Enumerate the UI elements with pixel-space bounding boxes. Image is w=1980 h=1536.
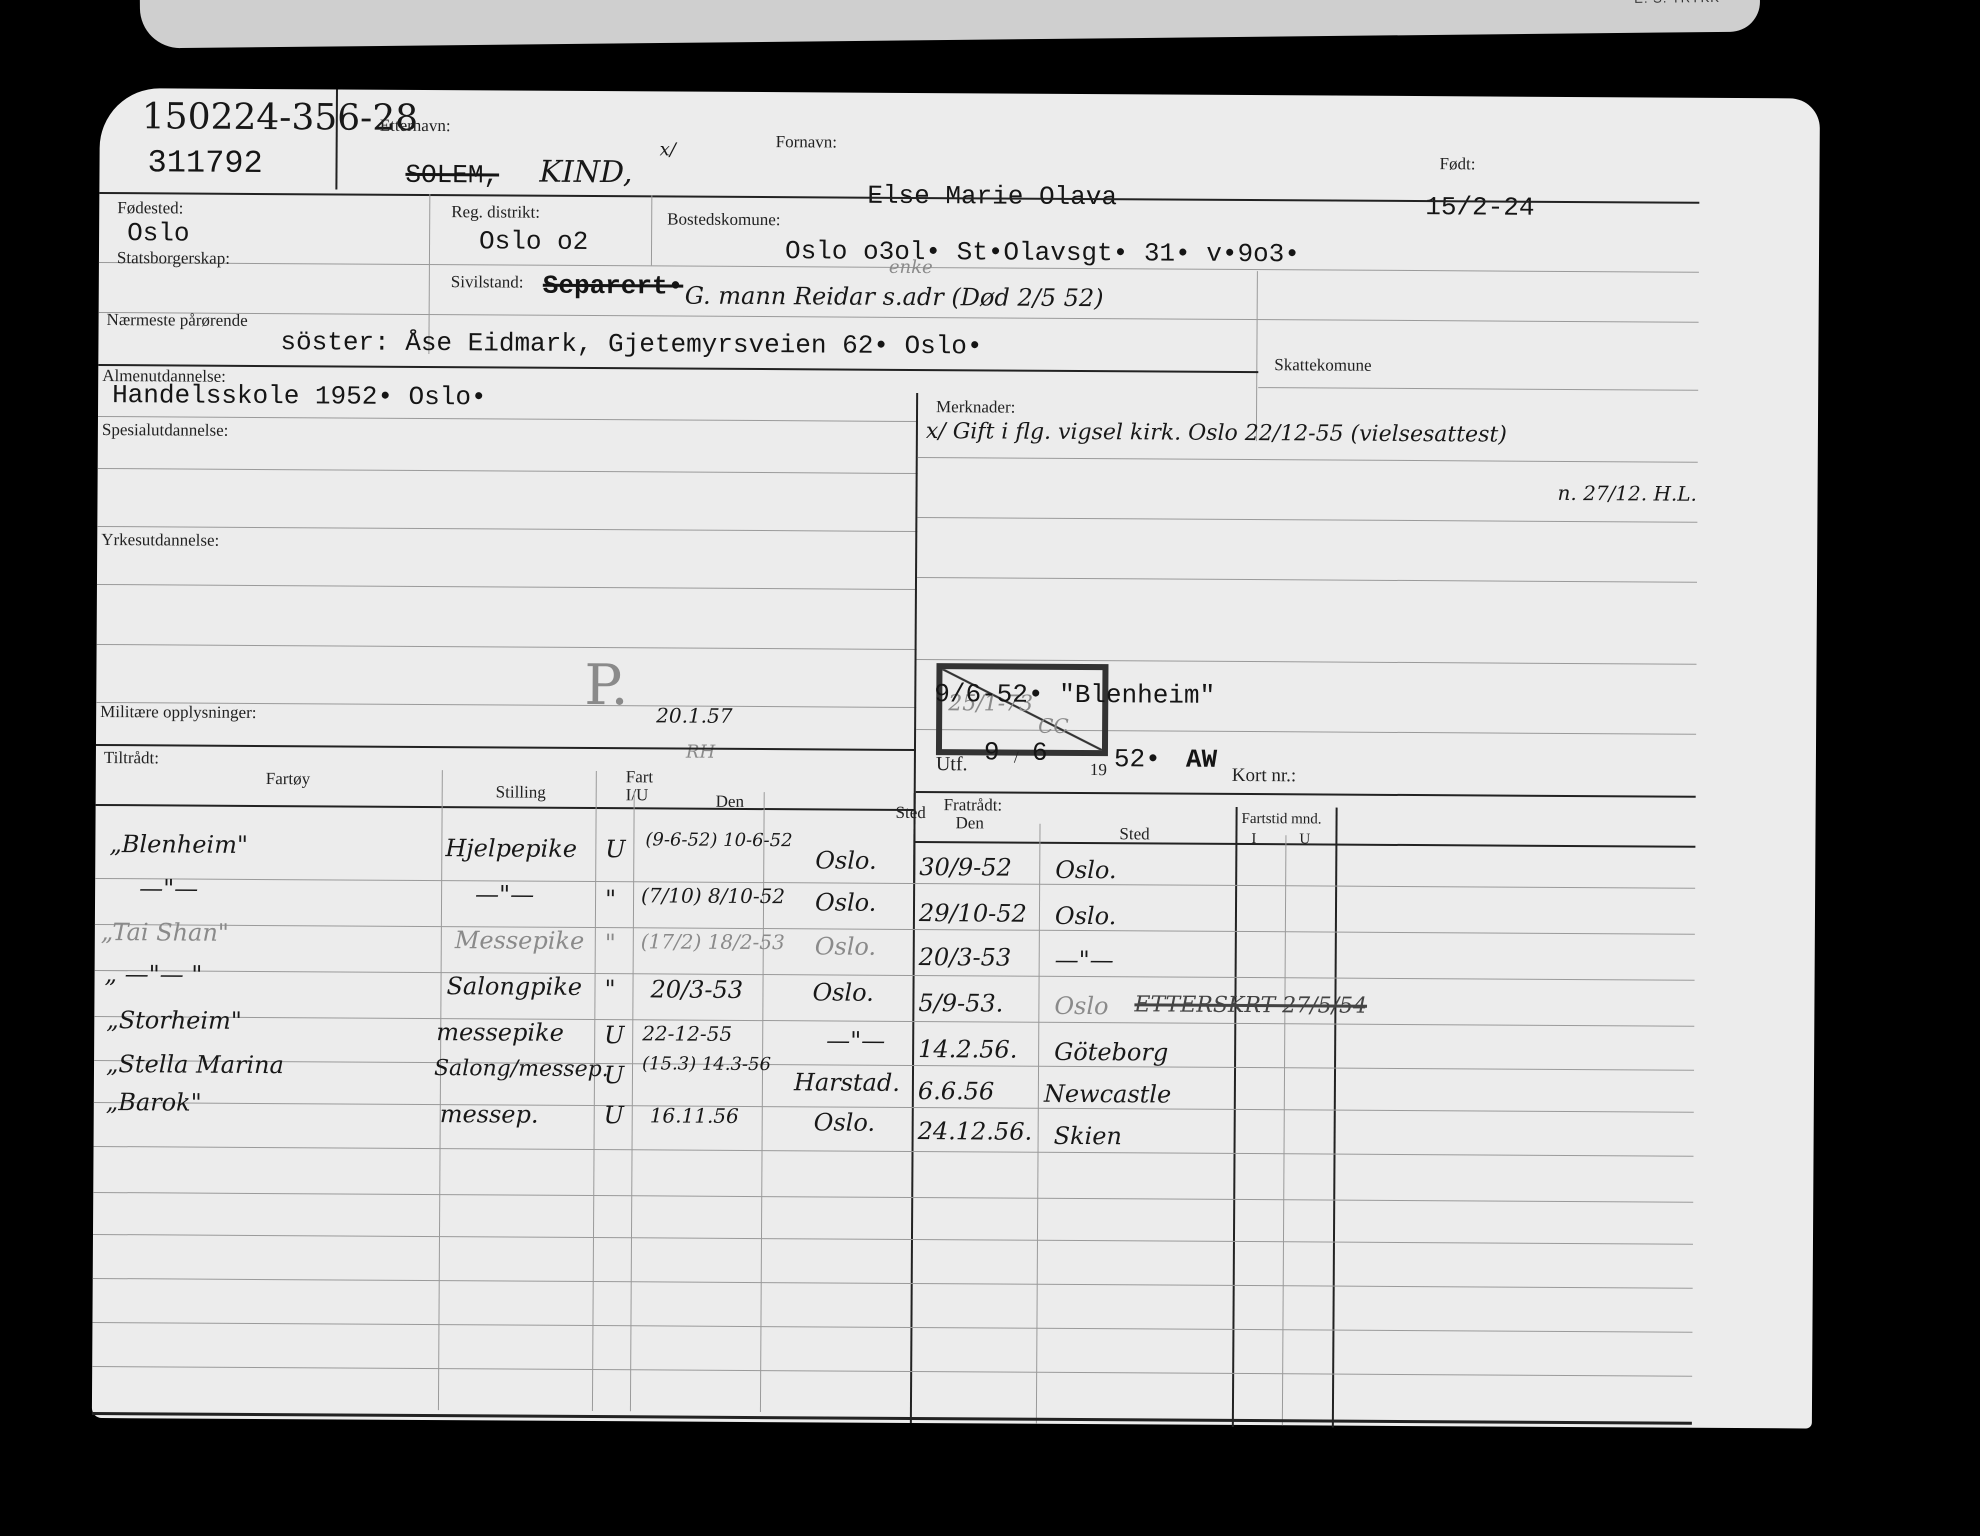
- rule: [98, 364, 1258, 373]
- rule: [1258, 387, 1698, 391]
- divider: [1256, 271, 1258, 441]
- bottom-rule: [92, 1412, 1692, 1425]
- etternavn-struck: SOLEM,: [405, 160, 499, 191]
- divider: [592, 771, 597, 1411]
- rule: [93, 1278, 1693, 1289]
- note-mark: x/: [660, 139, 676, 160]
- merknader-line2: n. 27/12. H.L.: [1557, 481, 1697, 506]
- reg-distrikt-label: Reg. distrikt:: [451, 202, 540, 223]
- cell-fart: U: [604, 1061, 624, 1089]
- rule: [97, 644, 917, 650]
- utf-century: 19: [1090, 760, 1107, 780]
- militaere-label: Militære opplysninger:: [100, 702, 256, 723]
- cell-sted: Oslo.: [815, 846, 876, 874]
- utf-year: 52•: [1114, 744, 1161, 774]
- cell-sted: Oslo.: [812, 978, 873, 1006]
- divider: [335, 89, 338, 189]
- col-fartoy: Fartøy: [266, 769, 311, 789]
- rule: [95, 878, 1695, 889]
- rule: [99, 312, 1699, 323]
- seaman-registry-card: 150224-356-28 311792 Etternavn: SOLEM, K…: [92, 88, 1820, 1428]
- merknader-line1: x/ Gift i flg. vigsel kirk. Oslo 22/12-5…: [926, 419, 1507, 448]
- rule: [95, 970, 1695, 981]
- sivilstand-label: Sivilstand:: [451, 272, 524, 292]
- kort-nr-label: Kort nr.:: [1232, 765, 1297, 787]
- sivilstand-struck: Separert•: [543, 271, 684, 302]
- cell-stilling: messepike: [436, 1018, 564, 1047]
- rule: [98, 468, 918, 474]
- rule: [96, 744, 916, 751]
- cell-etterskrt-struck: ETTERSKRT 27/5/54: [1134, 992, 1367, 1018]
- utf-day: 9: [984, 737, 1000, 767]
- col-fart-iu: I/U: [626, 785, 649, 805]
- cell-fra-sted: —"—: [1055, 946, 1114, 974]
- cell-fra-sted: Oslo: [1054, 992, 1108, 1020]
- yrkesutdannelse-label: Yrkesutdannelse:: [101, 530, 219, 551]
- fodested-value: Oslo: [127, 218, 190, 248]
- cell-den: 22-12-55: [642, 1021, 732, 1046]
- cell-fartoy: „ —"— ": [105, 960, 203, 989]
- printer-mark: E. S. TRYKK: [1634, 0, 1720, 6]
- divider: [630, 791, 635, 1411]
- cell-fra-den: 6.6.56: [918, 1077, 995, 1105]
- divider: [1232, 807, 1238, 1427]
- bostedskomune-value: Oslo o3ol• St•Olavsgt• 31• v•9o3•: [785, 236, 1300, 269]
- fodt-label: Født:: [1439, 154, 1475, 174]
- fornavn-label: Fornavn:: [776, 132, 838, 152]
- col-fartstid-i: I: [1251, 831, 1256, 848]
- p-note: 20.1.57: [656, 703, 732, 727]
- spesialutdannelse-label: Spesialutdannelse:: [102, 420, 229, 441]
- rule: [94, 1016, 1694, 1027]
- cell-sted: Oslo.: [814, 1108, 875, 1136]
- cell-sted: —"—: [826, 1026, 885, 1054]
- cell-sted: Harstad.: [794, 1068, 900, 1097]
- divider: [438, 770, 443, 1410]
- cell-fart: U: [605, 835, 625, 863]
- cell-fra-den: 30/9-52: [919, 853, 1012, 882]
- cell-fra-sted: Oslo.: [1055, 856, 1116, 884]
- cell-fart: U: [604, 1101, 624, 1129]
- divider: [651, 195, 652, 265]
- cell-fra-den: 24.12.56.: [918, 1117, 1033, 1146]
- col-stilling: Stilling: [496, 782, 546, 802]
- rule: [97, 584, 917, 590]
- almenutdannelse-value: Handelsskole 1952• Oslo•: [112, 380, 487, 412]
- rule: [97, 526, 917, 532]
- cell-stilling: —"—: [475, 880, 534, 908]
- cell-fra-den: 20/3-53: [919, 943, 1012, 972]
- etternavn-label: Etternavn:: [380, 116, 451, 136]
- cell-den: (15.3) 14.3-56: [642, 1053, 771, 1075]
- divider: [1282, 835, 1287, 1425]
- tiltradt-label: Tiltrådt:: [104, 748, 159, 768]
- divider: [1036, 824, 1041, 1424]
- fodested-label: Fødested:: [117, 198, 183, 218]
- etternavn-value: KIND,: [539, 155, 632, 191]
- sivilstand-value: G. mann Reidar s.adr (Død 2/5 52): [685, 282, 1104, 313]
- cell-den: (7/10) 8/10-52: [641, 883, 785, 908]
- cell-fartoy: „Storheim": [106, 1006, 242, 1035]
- cell-fra-sted: Oslo.: [1055, 902, 1116, 930]
- merknader-label: Merknader:: [936, 397, 1015, 417]
- p-stamp: P.: [584, 653, 629, 718]
- cell-stilling: Hjelpepike: [445, 834, 577, 863]
- cell-sted: Oslo.: [815, 888, 876, 916]
- cell-fra-sted: Skien: [1054, 1122, 1122, 1150]
- rule: [916, 791, 1696, 798]
- cell-fra-den: 5/9-53.: [918, 989, 1003, 1018]
- cell-den: (17/2) 18/2-53: [641, 929, 785, 954]
- rule: [917, 577, 1697, 583]
- cell-fra-den: 29/10-52: [919, 899, 1027, 928]
- rule: [93, 1192, 1693, 1203]
- col-fratradt-den: Den: [955, 813, 983, 833]
- cell-fart: ": [605, 929, 616, 957]
- cell-den: 20/3-53: [650, 975, 743, 1004]
- skattekomune-label: Skattekomune: [1274, 355, 1371, 376]
- card-behind-top: E. S. TRYKK: [140, 0, 1761, 48]
- cell-fartoy: „Blenheim": [109, 830, 248, 859]
- rule: [96, 804, 916, 811]
- cell-fartoy: —"—: [139, 874, 198, 902]
- naermeste-parorende-label: Nærmeste pårørende: [107, 310, 248, 331]
- cell-fra-sted: Göteborg: [1054, 1038, 1168, 1067]
- utf-label: Utf.: [936, 753, 968, 776]
- col-sted: Sted: [896, 803, 926, 823]
- divider: [1332, 808, 1338, 1428]
- p-initials: RH: [686, 742, 715, 763]
- cell-den: 16.11.56: [650, 1103, 739, 1128]
- rule: [917, 517, 1697, 523]
- bostedskomune-label: Bostedskomune:: [667, 209, 780, 230]
- cell-fart: ": [604, 975, 615, 1003]
- card-number: 311792: [147, 144, 262, 182]
- cell-fra-sted: Newcastle: [1044, 1080, 1172, 1109]
- statsborgerskap-label: Statsborgerskap:: [117, 248, 230, 269]
- cell-fart: U: [604, 1021, 624, 1049]
- rule: [94, 1146, 1694, 1157]
- rule: [93, 1234, 1693, 1245]
- cell-fartoy: „Barok": [106, 1088, 202, 1117]
- sivilstand-annotation: enke: [889, 257, 933, 278]
- cell-fart: ": [605, 885, 616, 913]
- cell-fra-den: 14.2.56.: [918, 1035, 1017, 1064]
- cell-stilling: messep.: [440, 1100, 539, 1129]
- rule: [95, 924, 1695, 935]
- naermeste-parorende-value: söster: Åse Eidmark, Gjetemyrsveien 62• …: [280, 327, 982, 361]
- cell-sted: Oslo.: [815, 932, 876, 960]
- col-fartstid: Fartstid mnd.: [1242, 811, 1322, 828]
- rule: [92, 1322, 1692, 1333]
- first-ship-entry: 9/6-52• "Blenheim": [934, 679, 1215, 711]
- fodt-value: 15/2-24: [1425, 192, 1534, 223]
- rule: [94, 1102, 1694, 1113]
- cell-stilling: Salongpike: [446, 972, 582, 1001]
- utf-sep: /: [1014, 748, 1019, 768]
- box-stamp-initials: CC: [1038, 714, 1069, 738]
- reg-distrikt-value: Oslo o2: [479, 226, 588, 257]
- reference-number: 150224-356-28: [142, 96, 419, 139]
- cell-stilling: Messepike: [455, 926, 585, 955]
- rule: [918, 457, 1698, 463]
- cell-fartoy: „Stella Marina: [106, 1050, 284, 1079]
- cell-stilling: Salong/messep.: [434, 1056, 609, 1082]
- cell-den: (9-6-52) 10-6-52: [645, 829, 792, 851]
- col-fartstid-u: U: [1299, 831, 1310, 848]
- utf-month: 6: [1032, 738, 1048, 768]
- rule: [92, 1366, 1692, 1377]
- utf-initials: AW: [1186, 745, 1217, 775]
- cell-fartoy: „Tai Shan": [101, 918, 229, 947]
